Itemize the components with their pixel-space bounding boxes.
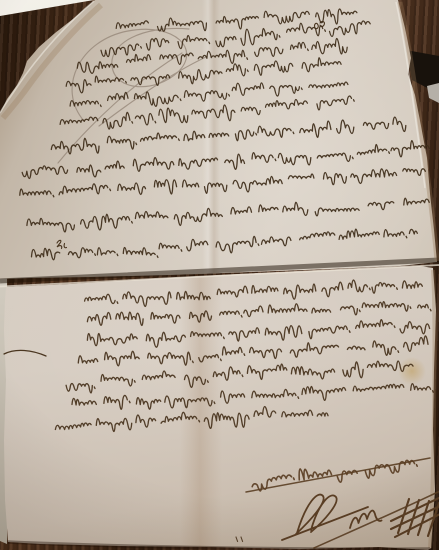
- manuscript-photo: [0, 0, 439, 550]
